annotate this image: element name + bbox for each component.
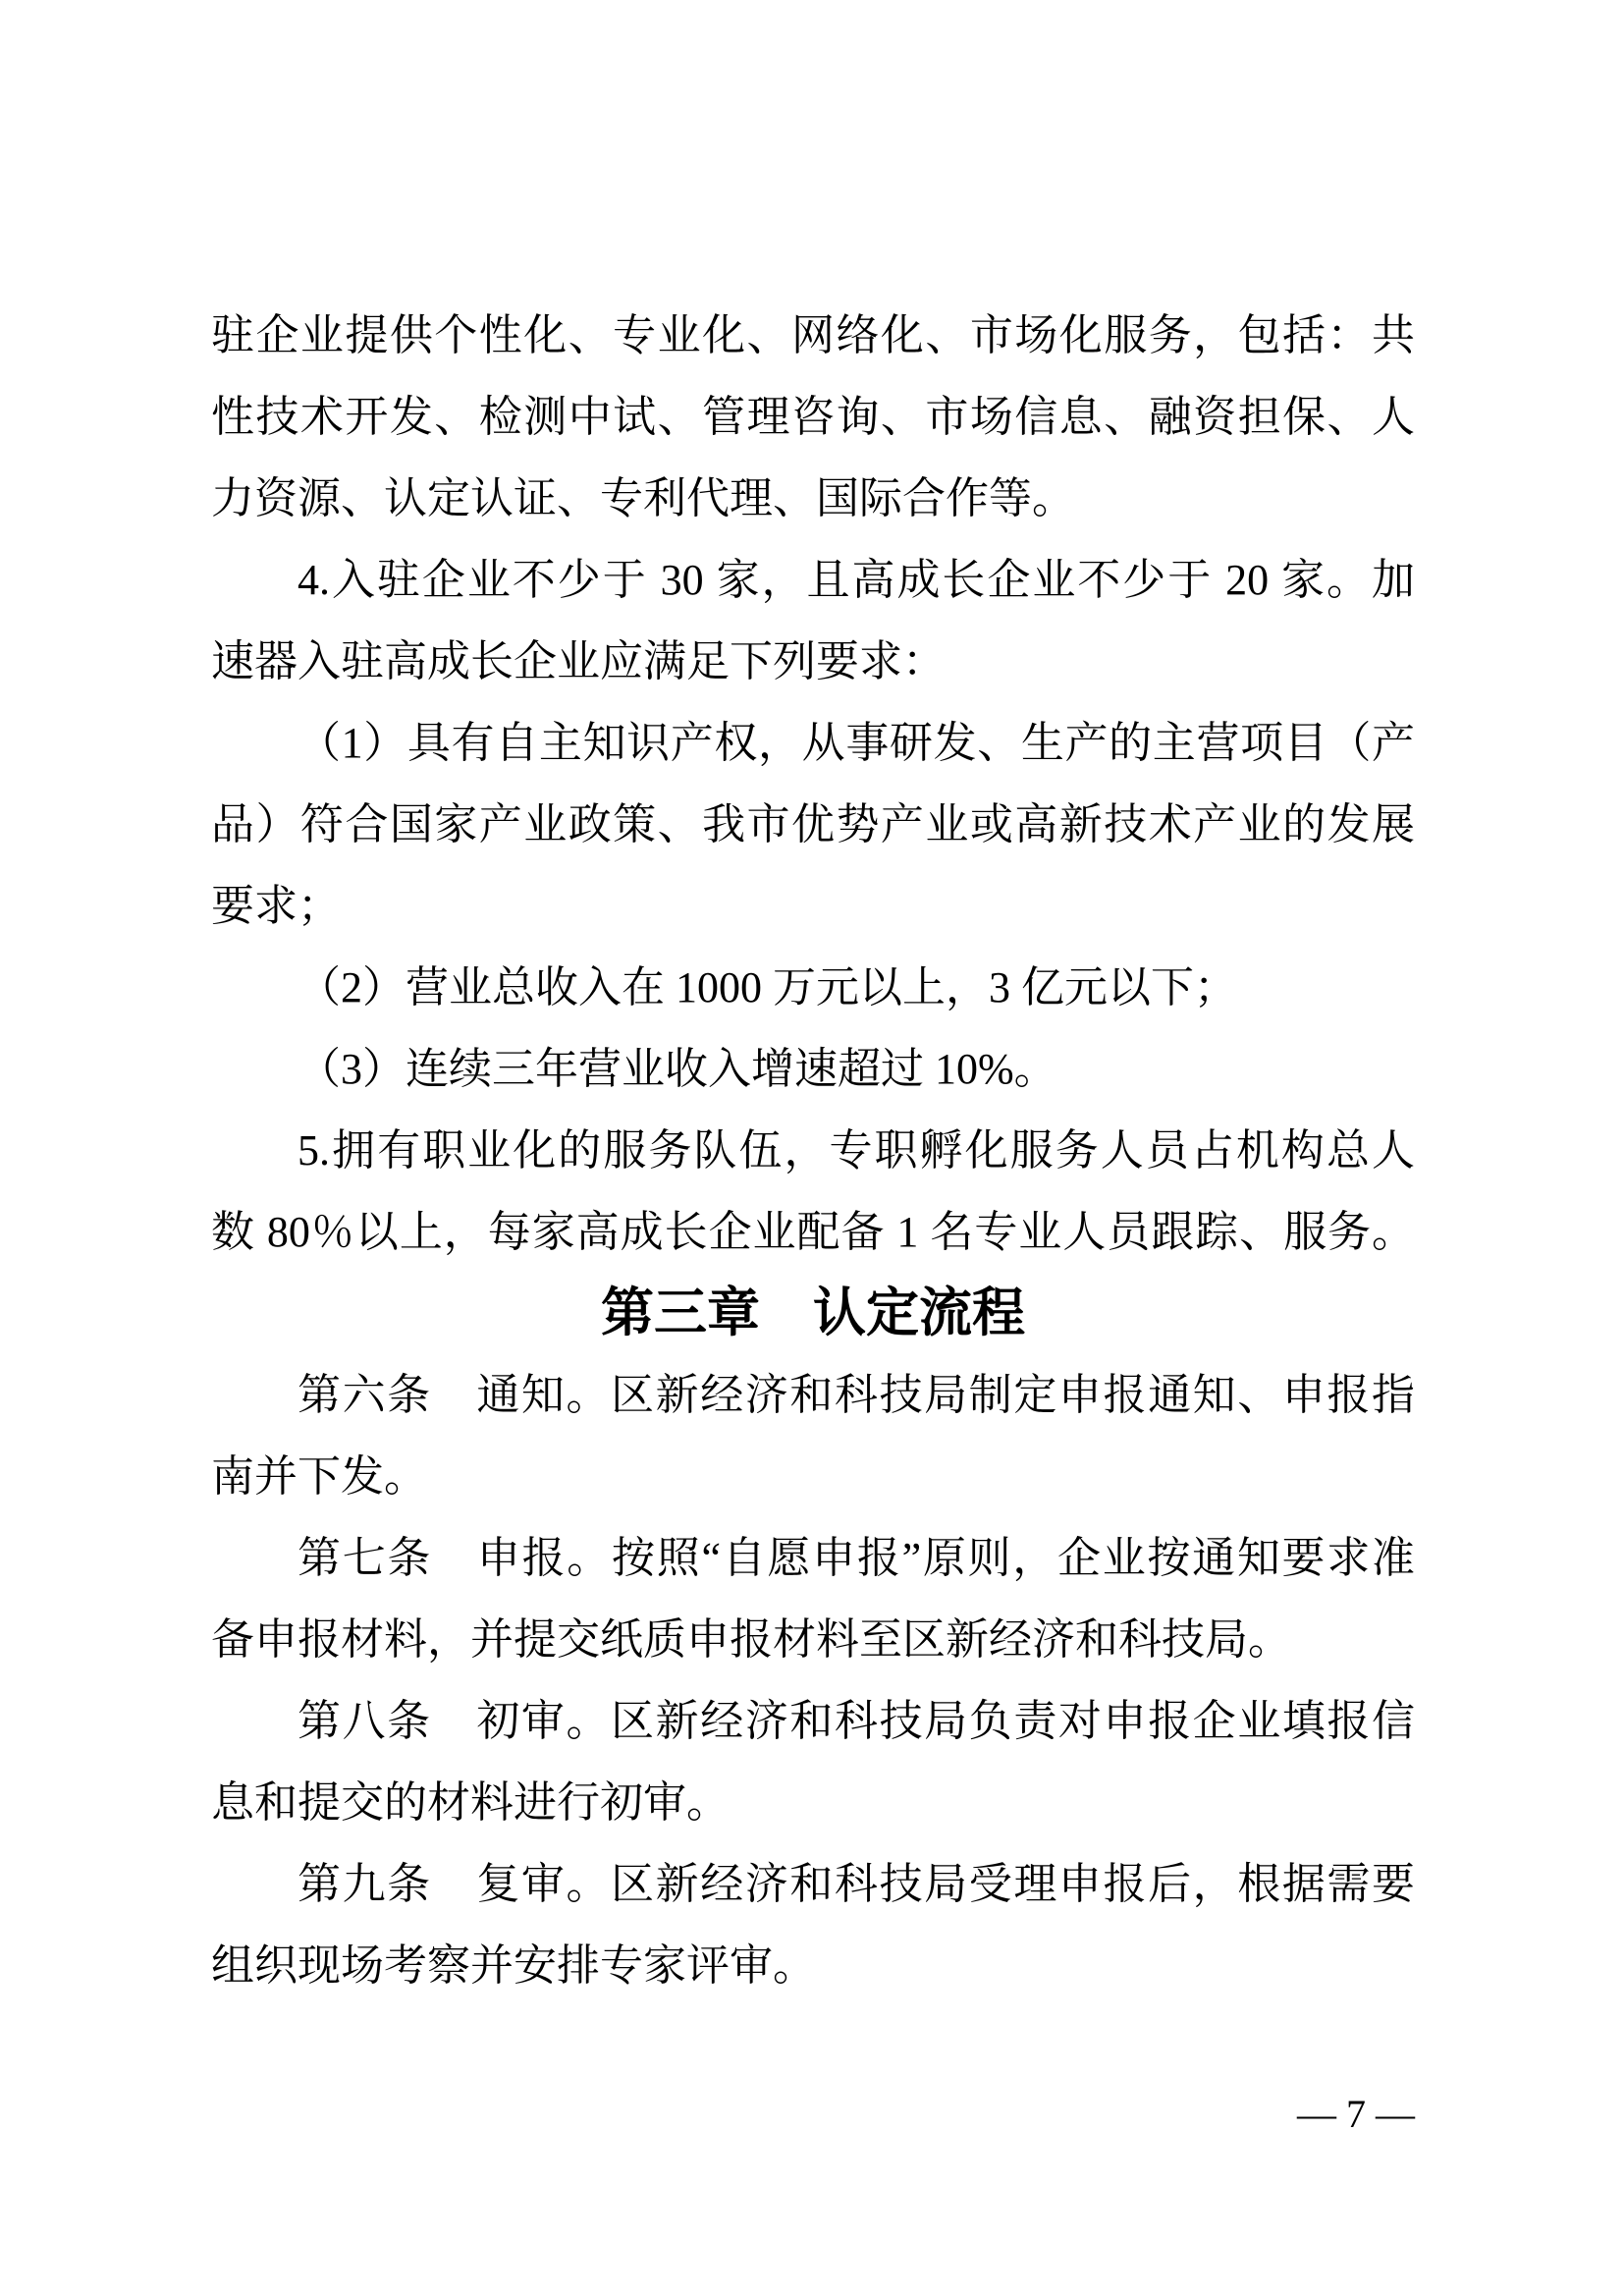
document-page: 驻企业提供个性化、专业化、网络化、市场化服务，包括：共 性技术开发、检测中试、管… xyxy=(0,0,1624,2295)
body-line: （2）营业总收入在 1000 万元以上，3 亿元以下； xyxy=(211,947,1415,1028)
body-line: 5.拥有职业化的服务队伍，专职孵化服务人员占机构总人 xyxy=(211,1110,1415,1191)
body-line: （3）连续三年营业收入增速超过 10%。 xyxy=(211,1028,1415,1110)
body-line: 组织现场考察并安排专家评审。 xyxy=(211,1925,1415,2006)
body-line: 南并下发。 xyxy=(211,1436,1415,1517)
body-line: 息和提交的材料进行初审。 xyxy=(211,1762,1415,1843)
body-line: 第七条 申报。按照“自愿申报”原则，企业按通知要求准 xyxy=(211,1517,1415,1599)
body-line: 速器入驻高成长企业应满足下列要求： xyxy=(211,621,1415,702)
body-line: 4.入驻企业不少于 30 家，且高成长企业不少于 20 家。加 xyxy=(211,539,1415,621)
document-body: 驻企业提供个性化、专业化、网络化、市场化服务，包括：共 性技术开发、检测中试、管… xyxy=(211,295,1415,2006)
body-line: 备申报材料，并提交纸质申报材料至区新经济和科技局。 xyxy=(211,1599,1415,1680)
body-line: 第八条 初审。区新经济和科技局负责对申报企业填报信 xyxy=(211,1680,1415,1762)
body-line: 要求； xyxy=(211,865,1415,947)
body-line: 力资源、认定认证、专利代理、国际合作等。 xyxy=(211,458,1415,539)
body-line: 性技术开发、检测中试、管理咨询、市场信息、融资担保、人 xyxy=(211,376,1415,458)
body-line: 品）符合国家产业政策、我市优势产业或高新技术产业的发展 xyxy=(211,784,1415,865)
body-line: 驻企业提供个性化、专业化、网络化、市场化服务，包括：共 xyxy=(211,295,1415,376)
body-line: （1）具有自主知识产权，从事研发、生产的主营项目（产 xyxy=(211,702,1415,784)
section-heading: 第三章 认定流程 xyxy=(211,1273,1415,1354)
body-line: 第九条 复审。区新经济和科技局受理申报后，根据需要 xyxy=(211,1843,1415,1925)
body-line: 数 80％以上，每家高成长企业配备 1 名专业人员跟踪、服务。 xyxy=(211,1191,1415,1273)
page-number: — 7 — xyxy=(211,2090,1415,2139)
body-line: 第六条 通知。区新经济和科技局制定申报通知、申报指 xyxy=(211,1354,1415,1436)
